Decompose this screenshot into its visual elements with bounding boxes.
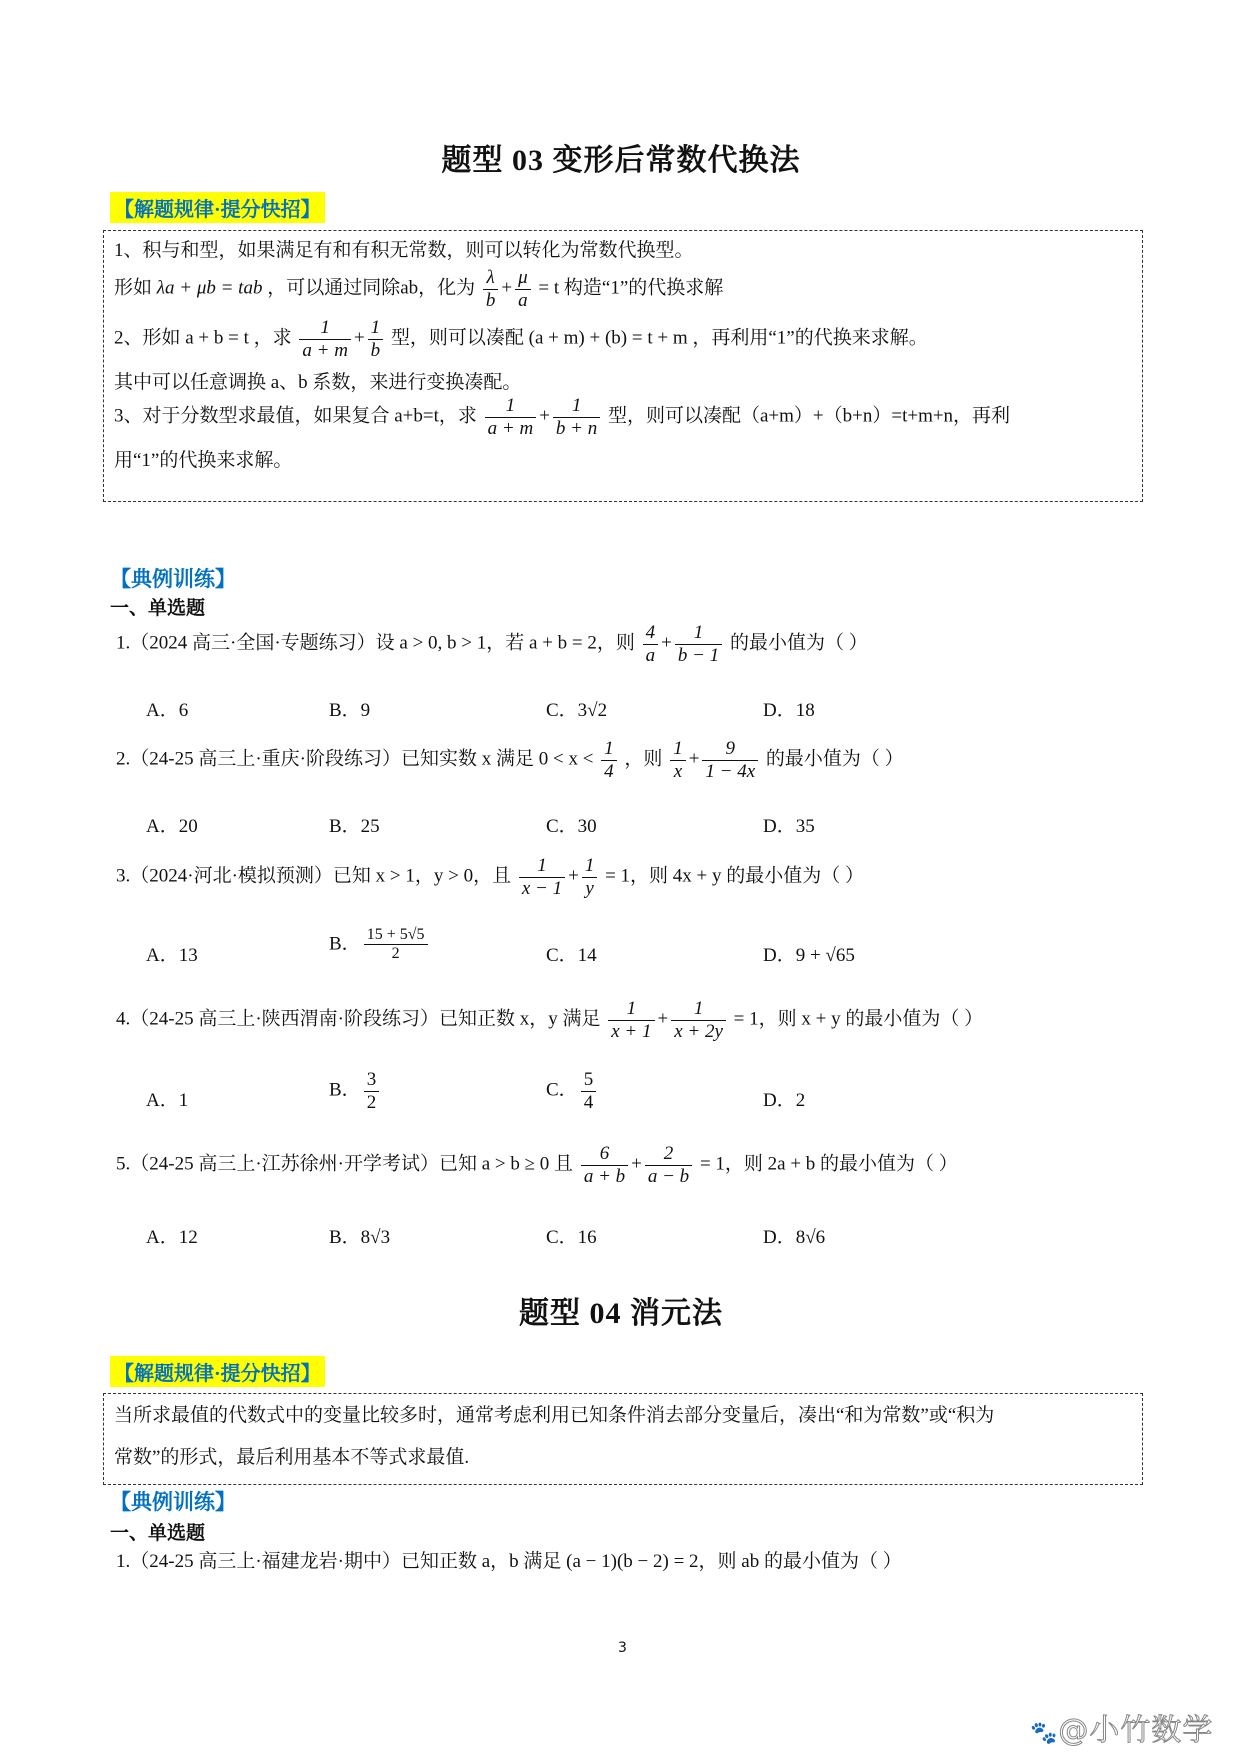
option-a: A．6 (146, 695, 188, 722)
tips-tag: 【解题规律·提分快招】 (110, 1356, 325, 1387)
question-5: 5.（24-25 高三上·江苏徐州·开学考试）已知 a > b ≥ 0 且 6a… (116, 1143, 958, 1188)
page-number: 3 (618, 1640, 627, 1656)
watermark: 🐾@小竹数学 (1030, 1705, 1213, 1749)
fraction: 1b (368, 317, 384, 362)
option-c: C．3√2 (546, 695, 607, 722)
option-d: D．18 (763, 695, 815, 722)
option-d: D．9 + √65 (763, 940, 855, 967)
tip-line-2: 常数”的形式，最后利用基本不等式求最值. (114, 1442, 469, 1469)
option-c: C．16 (546, 1222, 597, 1249)
option-a: A．13 (146, 940, 198, 967)
tip-line-3: 2、形如 a + b = t ，求 1a + m+1b 型，则可以凑配 (a +… (114, 317, 928, 362)
option-d: D．35 (763, 811, 815, 838)
fraction: μa (515, 267, 531, 312)
fraction: 1x (670, 738, 686, 783)
option-b: B．8√3 (329, 1222, 390, 1249)
fraction: 1b − 1 (675, 622, 722, 667)
fraction: 4a (643, 622, 659, 667)
fraction: λb (483, 267, 499, 312)
question-1: 1.（24-25 高三上·福建龙岩·期中）已知正数 a，b 满足 (a − 1)… (116, 1546, 902, 1573)
option-c: C．54 (546, 1069, 599, 1114)
fraction: 1a + m (485, 395, 537, 440)
fraction: 1x + 1 (608, 998, 654, 1043)
fraction: 1b + n (553, 395, 600, 440)
option-a: A．12 (146, 1222, 198, 1249)
option-b: B．9 (329, 695, 370, 722)
examples-label: 【典例训练】 (110, 1486, 236, 1516)
fraction: 1a + m (299, 317, 351, 362)
fraction: 6a + b (581, 1143, 628, 1188)
document-page: 题型 03 变形后常数代换法 【解题规律·提分快招】 1、积与和型，如果满足有和… (0, 0, 1242, 1757)
examples-label: 【典例训练】 (110, 563, 236, 593)
question-2: 2.（24-25 高三上·重庆·阶段练习）已知实数 x 满足 0 < x < 1… (116, 738, 904, 783)
fraction: 1x + 2y (671, 998, 726, 1043)
baidu-paw-icon: 🐾 (1030, 1721, 1058, 1746)
option-b: B．15 + 5√52 (329, 926, 431, 964)
tip-line-1: 1、积与和型，如果满足有和有积无常数，则可以转化为常数代换型。 (114, 235, 694, 262)
fraction: 14 (601, 738, 617, 783)
fraction: 1x − 1 (519, 855, 565, 900)
option-b: B．25 (329, 811, 380, 838)
section-title-03: 题型 03 变形后常数代换法 (0, 135, 1242, 179)
option-a: A．1 (146, 1085, 188, 1112)
tips-tag: 【解题规律·提分快招】 (110, 192, 325, 223)
tip-line-1: 当所求最值的代数式中的变量比较多时，通常考虑利用已知条件消去部分变量后，凑出“和… (114, 1400, 994, 1427)
option-d: D．8√6 (763, 1222, 825, 1249)
tip-line-4: 其中可以任意调换 a、b 系数，来进行变换凑配。 (114, 367, 521, 394)
fraction: 2a − b (645, 1143, 692, 1188)
question-3: 3.（2024·河北·模拟预测）已知 x > 1，y > 0，且 1x − 1+… (116, 855, 864, 900)
tips-box: 1、积与和型，如果满足有和有积无常数，则可以转化为常数代换型。 形如 λa + … (103, 230, 1143, 502)
option-b: B．32 (329, 1069, 382, 1114)
question-4: 4.（24-25 高三上·陕西渭南·阶段练习）已知正数 x，y 满足 1x + … (116, 998, 983, 1043)
tip-line-2: 形如 λa + μb = tab ，可以通过同除ab，化为 λb+μa = t … (114, 267, 723, 312)
fraction: 1y (582, 855, 598, 900)
subsection-heading: 一、单选题 (110, 1518, 205, 1545)
tips-box: 当所求最值的代数式中的变量比较多时，通常考虑利用已知条件消去部分变量后，凑出“和… (103, 1393, 1143, 1485)
subsection-heading: 一、单选题 (110, 593, 205, 620)
section-title-04: 题型 04 消元法 (0, 1288, 1242, 1332)
option-c: C．30 (546, 811, 597, 838)
option-c: C．14 (546, 940, 597, 967)
option-d: D．2 (763, 1085, 805, 1112)
tip-line-6: 用“1”的代换来求解。 (114, 445, 292, 472)
tip-line-5: 3、对于分数型求最值，如果复合 a+b=t，求 1a + m+1b + n 型，… (114, 395, 1010, 440)
question-1: 1.（2024 高三·全国·专题练习）设 a > 0, b > 1，若 a + … (116, 622, 868, 667)
fraction: 91 − 4x (702, 738, 758, 783)
option-a: A．20 (146, 811, 198, 838)
